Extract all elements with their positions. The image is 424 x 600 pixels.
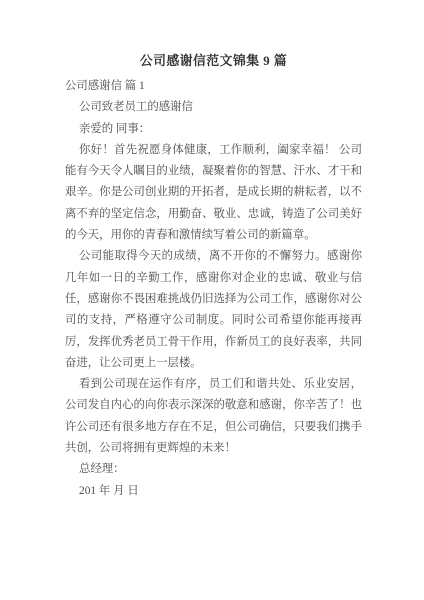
date-line: 201 年 月 日	[65, 481, 362, 502]
letter-paragraph-3: 看到公司现在运作有序，员工们和谐共处、乐业安居，公司发自内心的向你表示深深的敬意…	[65, 374, 362, 459]
letter-paragraph-1: 你好！首先祝愿身体健康，工作顺利，阖家幸福！ 公司能有今天令人瞩目的业绩，凝聚着…	[65, 140, 362, 246]
signature-role: 总经理：	[65, 459, 362, 480]
page-title: 公司感谢信范文锦集 9 篇	[65, 53, 362, 69]
letter-subtitle: 公司致老员工的感谢信	[65, 97, 362, 118]
letter-paragraph-2: 公司能取得今天的成绩，离不开你的不懈努力。感谢你几年如一日的辛勤工作，感谢你对企…	[65, 246, 362, 374]
section-heading: 公司感谢信 篇 1	[65, 76, 362, 97]
letter-document: 公司感谢信范文锦集 9 篇 公司感谢信 篇 1 公司致老员工的感谢信 亲爱的 同…	[0, 0, 424, 502]
salutation: 亲爱的 同事：	[65, 119, 362, 140]
document-page: 公司感谢信范文锦集 9 篇 公司感谢信 篇 1 公司致老员工的感谢信 亲爱的 同…	[0, 0, 424, 600]
